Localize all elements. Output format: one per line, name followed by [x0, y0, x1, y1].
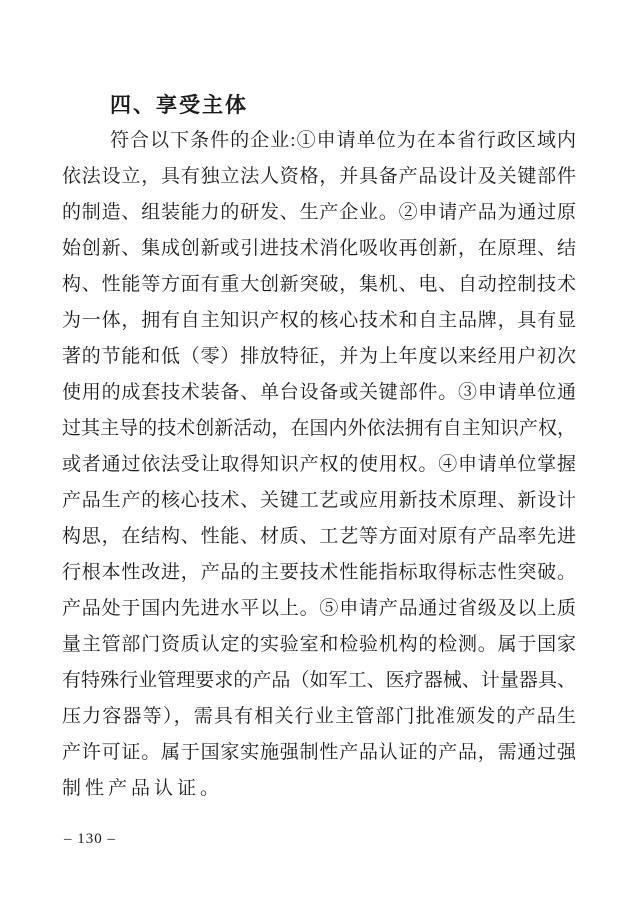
paragraph-line: 符合以下条件的企业:①申请单位为在本省行政区域内 [62, 123, 576, 159]
paragraph-line: 产品生产的核心技术、关键工艺或应用新技术原理、新设计 [62, 483, 576, 519]
paragraph-line: 著的节能和低（零）排放特征，并为上年度以来经用户初次 [62, 339, 576, 375]
document-page: 四、享受主体 符合以下条件的企业:①申请单位为在本省行政区域内依法设立，具有独立… [0, 0, 642, 907]
page-number: – 130 – [64, 828, 116, 850]
paragraph-line: 产许可证。属于国家实施强制性产品认证的产品，需通过强 [62, 735, 576, 771]
section-heading: 四、享受主体 [62, 87, 576, 123]
paragraph-line: 行根本性改进，产品的主要技术性能指标取得标志性突破。 [62, 555, 576, 591]
paragraph-line: 为一体，拥有自主知识产权的核心技术和自主品牌，具有显 [62, 303, 576, 339]
paragraph-line: 或者通过依法受让取得知识产权的使用权。④申请单位掌握 [62, 447, 576, 483]
paragraph-line: 构思，在结构、性能、材质、工艺等方面对原有产品率先进 [62, 519, 576, 555]
paragraph-line: 的制造、组装能力的研发、生产企业。②申请产品为通过原 [62, 195, 576, 231]
paragraph: 符合以下条件的企业:①申请单位为在本省行政区域内依法设立，具有独立法人资格，并具… [62, 123, 576, 807]
paragraph-line: 过其主导的技术创新活动，在国内外依法拥有自主知识产权， [62, 411, 576, 447]
paragraph-line: 始创新、集成创新或引进技术消化吸收再创新，在原理、结 [62, 231, 576, 267]
paragraph-line: 制性产品认证。 [62, 771, 576, 807]
paragraph-line: 量主管部门资质认定的实验室和检验机构的检测。属于国家 [62, 627, 576, 663]
body-text: 四、享受主体 符合以下条件的企业:①申请单位为在本省行政区域内依法设立，具有独立… [62, 87, 576, 807]
paragraph-line: 依法设立，具有独立法人资格，并具备产品设计及关键部件 [62, 159, 576, 195]
paragraph-line: 构、性能等方面有重大创新突破，集机、电、自动控制技术 [62, 267, 576, 303]
paragraph-line: 使用的成套技术装备、单台设备或关键部件。③申请单位通 [62, 375, 576, 411]
paragraph-line: 有特殊行业管理要求的产品（如军工、医疗器械、计量器具、 [62, 663, 576, 699]
paragraph-line: 压力容器等），需具有相关行业主管部门批准颁发的产品生 [62, 699, 576, 735]
paragraph-line: 产品处于国内先进水平以上。⑤申请产品通过省级及以上质 [62, 591, 576, 627]
